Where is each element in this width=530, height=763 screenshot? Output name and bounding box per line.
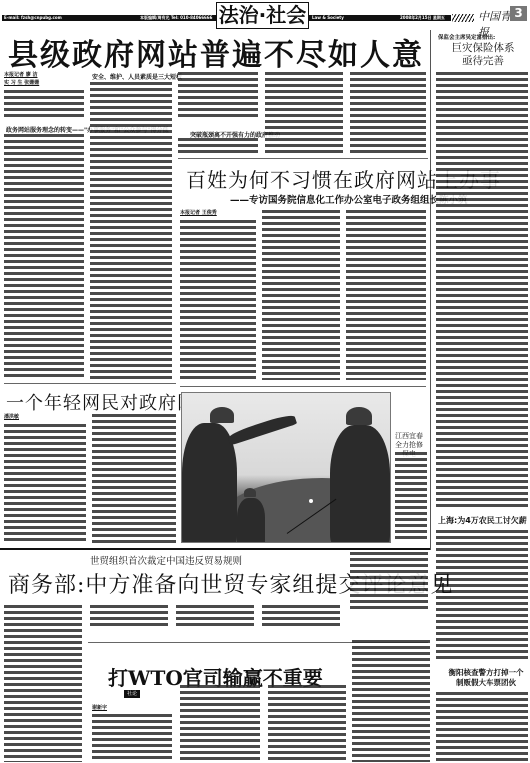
interview-col1 [180, 220, 256, 380]
wto-top-rule [0, 548, 430, 550]
hengyang-line1: 衡阳核查警方打掉一个 [446, 668, 526, 678]
lead-body-col5 [350, 72, 426, 156]
opinion-divider [4, 383, 176, 384]
wto-commentary-col2 [180, 685, 260, 762]
opinion-byline: 潘洪敏 [4, 414, 19, 421]
interview-byline: 本报记者 王俊秀 [180, 210, 217, 217]
header-editor: 本版编辑/周有光 Tel: 010-84066666 [140, 15, 212, 21]
lead-body-col4 [265, 72, 343, 156]
lead-body-col2 [90, 82, 172, 379]
lead-subhead-2: 安全、维护、人员素质是三大短板 [92, 72, 182, 81]
hengyang-body [436, 692, 528, 762]
header-date: 2008年2月15日 星期五 [400, 15, 445, 21]
editorial-tag: 社论 [124, 690, 140, 698]
wto-body-right [350, 552, 428, 612]
wto-body-col3 [176, 605, 254, 627]
photo-helmet-left [210, 407, 234, 423]
lead-body-col3a [178, 72, 258, 117]
lead-headline: 县级政府网站普遍不尽如人意 [8, 30, 424, 74]
wto-commentary-col4 [352, 640, 430, 762]
shanghai-headline: 上海:为4万农民工讨欠薪 [438, 515, 527, 526]
lead-byline-2: 实 习 生 张姗姗 [4, 80, 39, 87]
wto-commentary-byline: 谢新宇 [92, 705, 107, 712]
right-kicker: 保监会主席吴定富指出: [438, 33, 495, 41]
column-divider [430, 30, 431, 550]
page-number: 3 [510, 6, 527, 21]
photo-sun [309, 499, 313, 503]
lead-body-col3b [178, 138, 258, 156]
photo-worker-arm [227, 412, 297, 445]
interview-subtitle: ——专访国务院信息化工作办公室电子政务组组长陈小筑 [230, 192, 468, 206]
photo-caption-line1: 江西宜春 [394, 432, 424, 441]
wto-body-col2 [90, 605, 168, 627]
photo-worker-right [330, 425, 390, 543]
section-en: Law & Society [312, 15, 344, 21]
lead-body-col1a [4, 90, 84, 120]
photo-helmet-center [244, 488, 256, 497]
wto-commentary-col1 [92, 714, 172, 762]
lead-byline-1: 本报记者 廖 洁 [4, 72, 37, 79]
header-email: E-mail: fzsh@cnpubg.com [4, 15, 62, 21]
wto-commentary-col3 [268, 685, 346, 762]
photo-worker-center [237, 498, 265, 543]
right-title: 巨灾保险体系 亟待完善 [438, 42, 528, 68]
right-title-line1: 巨灾保险体系 [438, 42, 528, 55]
interview-divider [178, 158, 428, 159]
news-photo-workers [181, 392, 391, 543]
right-title-line2: 亟待完善 [438, 55, 528, 68]
hengyang-line2: 制贩假大车票团伙 [446, 678, 526, 688]
wto-body-col4 [262, 605, 340, 627]
opinion-col2 [92, 414, 176, 544]
right-body [436, 72, 528, 510]
photo-caption-body [395, 452, 427, 542]
wto-body-col1 [4, 605, 82, 762]
hengyang-headline: 衡阳核查警方打掉一个 制贩假大车票团伙 [446, 668, 526, 688]
decorative-stripes [452, 14, 474, 22]
opinion-col1 [4, 424, 86, 544]
photo-divider [180, 386, 426, 387]
wto-kicker: 世贸组织首次裁定中国违反贸易规则 [90, 553, 242, 567]
interview-col3 [346, 210, 426, 380]
interview-col2 [262, 210, 340, 380]
section-title: 法治·社会 [216, 2, 309, 29]
lead-body-col1b [4, 134, 84, 379]
photo-helmet-right [346, 407, 372, 425]
